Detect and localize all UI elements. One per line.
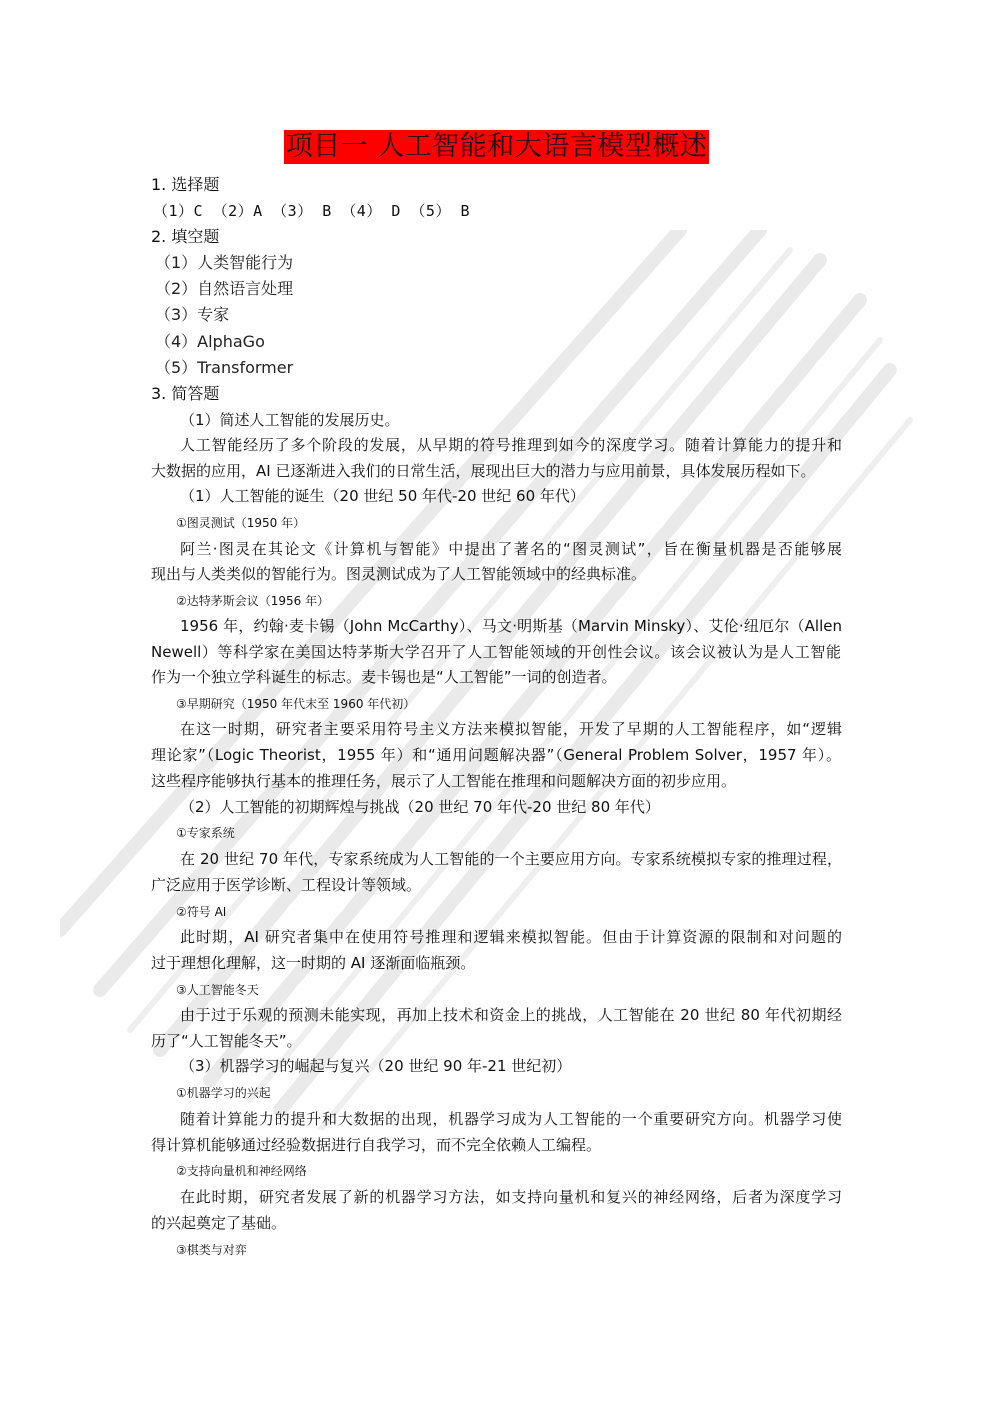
paragraph-line: 这些程序能够执行基本的推理任务，展示了人工智能在推理和问题解决方面的初步应用。 — [151, 771, 736, 791]
stage-heading-3: （3）机器学习的崛起与复兴（20 世纪 90 年-21 世纪初） — [180, 1056, 571, 1076]
topic-title: ①专家系统 — [176, 823, 235, 843]
intro-line-2: 大数据的应用，AI 已逐渐进入我们的日常生活，展现出巨大的潜力与应用前景，具体发… — [151, 461, 815, 481]
paragraph-line: 在此时期，研究者发展了新的机器学习方法，如支持向量机和复兴的神经网络，后者为深度… — [180, 1187, 842, 1207]
paragraph-line: 理论家”（Logic Theorist，1955 年）和“通用问题解决器”（Ge… — [151, 745, 841, 765]
section-heading-fill: 2. 填空题 — [151, 227, 219, 247]
paragraph-line: 得计算机能够通过经验数据进行自我学习，而不完全依赖人工编程。 — [151, 1135, 601, 1155]
fill-answer-5: （5）Transformer — [155, 358, 293, 378]
fill-answer-1: （1）人类智能行为 — [155, 253, 293, 273]
paragraph-line: 阿兰·图灵在其论文《计算机与智能》中提出了著名的“图灵测试”，旨在衡量机器是否能… — [180, 539, 842, 559]
paragraph-line: 此时期，AI 研究者集中在使用符号推理和逻辑来模拟智能。但由于计算资源的限制和对… — [180, 927, 842, 947]
topic-title: ①机器学习的兴起 — [176, 1083, 271, 1103]
paragraph-line: 的兴起奠定了基础。 — [151, 1213, 286, 1233]
paragraph-line: 广泛应用于医学诊断、工程设计等领域。 — [151, 875, 421, 895]
paragraph-line: Newell）等科学家在美国达特茅斯大学召开了人工智能领域的开创性会议。该会议被… — [151, 642, 841, 662]
topic-title: ②支持向量机和神经网络 — [176, 1161, 307, 1181]
topic-title: ②达特茅斯会议（1956 年） — [176, 591, 329, 611]
topic-title: ①图灵测试（1950 年） — [176, 513, 305, 533]
short-question: （1）简述人工智能的发展历史。 — [180, 410, 400, 430]
document-page: 项目一 人工智能和大语言模型概述 1. 选择题 （1）C （2）A （3） B … — [0, 0, 993, 1404]
paragraph-line: 现出与人类类似的智能行为。图灵测试成为了人工智能领域中的经典标准。 — [151, 564, 646, 584]
paragraph-line: 历了“人工智能冬天”。 — [151, 1031, 302, 1051]
stage-heading-2: （2）人工智能的初期辉煌与挑战（20 世纪 70 年代-20 世纪 80 年代） — [180, 797, 660, 817]
topic-title: ③人工智能冬天 — [176, 980, 259, 1000]
stage-heading-1: （1）人工智能的诞生（20 世纪 50 年代-20 世纪 60 年代） — [180, 486, 585, 506]
paragraph-line: 由于过于乐观的预测未能实现，再加上技术和资金上的挑战，人工智能在 20 世纪 8… — [180, 1005, 842, 1025]
paragraph-line: 随着计算能力的提升和大数据的出现，机器学习成为人工智能的一个重要研究方向。机器学… — [180, 1109, 842, 1129]
section-heading-short: 3. 简答题 — [151, 384, 219, 404]
fill-answer-4: （4）AlphaGo — [155, 332, 265, 352]
topic-title: ③棋类与对弈 — [176, 1240, 247, 1260]
paragraph-line: 在 20 世纪 70 年代，专家系统成为人工智能的一个主要应用方向。专家系统模拟… — [180, 849, 842, 869]
page-title: 项目一 人工智能和大语言模型概述 — [284, 130, 710, 164]
paragraph-line: 作为一个独立学科诞生的标志。麦卡锡也是“人工智能”一词的创造者。 — [151, 667, 617, 687]
fill-answer-2: （2）自然语言处理 — [155, 279, 293, 299]
title-container: 项目一 人工智能和大语言模型概述 — [0, 130, 993, 164]
topic-title: ②符号 AI — [176, 902, 226, 922]
paragraph-line: 1956 年，约翰·麦卡锡（John McCarthy）、马文·明斯基（Marv… — [180, 616, 842, 636]
paragraph-line: 在这一时期，研究者主要采用符号主义方法来模拟智能，开发了早期的人工智能程序，如“… — [180, 719, 842, 739]
intro-line-1: 人工智能经历了多个阶段的发展，从早期的符号推理到如今的深度学习。随着计算能力的提… — [180, 435, 842, 455]
choice-answers: （1）C （2）A （3） B （4） D （5） B — [153, 201, 470, 221]
section-heading-choice: 1. 选择题 — [151, 175, 219, 195]
paragraph-line: 过于理想化理解，这一时期的 AI 逐渐面临瓶颈。 — [151, 953, 475, 973]
topic-title: ③早期研究（1950 年代末至 1960 年代初） — [176, 694, 415, 714]
fill-answer-3: （3）专家 — [155, 305, 229, 325]
